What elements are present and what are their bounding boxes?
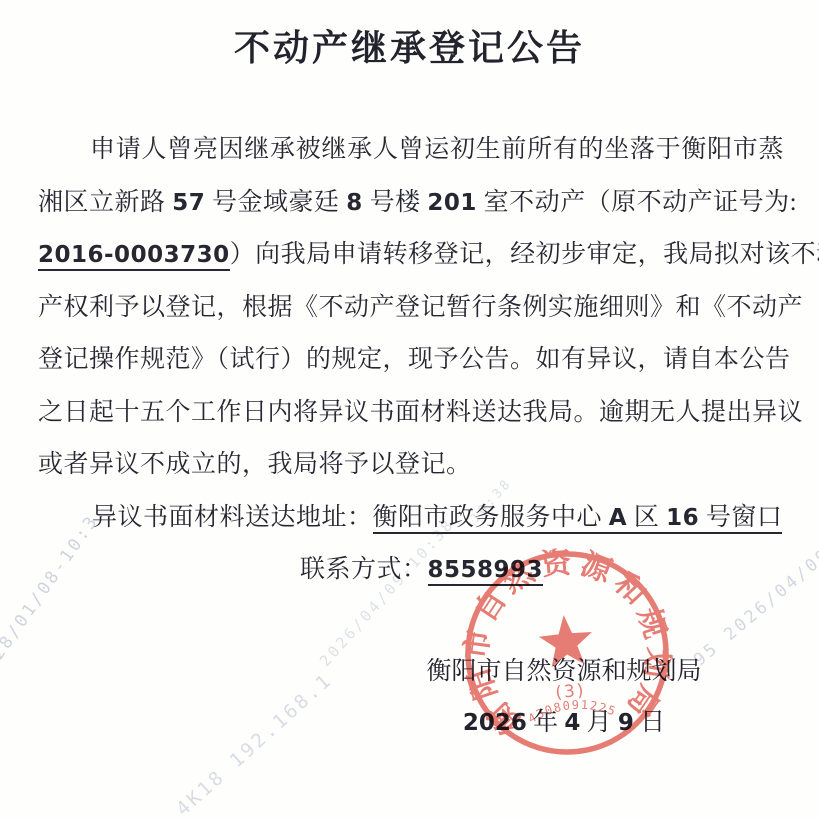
date-year: 2026 — [463, 710, 527, 736]
body-line: 2016-0003730）向我局申请转移登记，经初步审定，我局拟对该不动 — [38, 229, 784, 282]
date-month: 4 — [564, 710, 580, 736]
certificate-number: 2016-0003730 — [38, 242, 230, 271]
signature-block: 衡阳市自然资源和规划局 2026 年 4 月 9 日 — [426, 646, 701, 749]
date-day: 9 — [618, 710, 634, 736]
body-run: ）向我局申请转移登记，经初步审定，我局拟对该不动 — [230, 241, 819, 268]
contact-phone: 8558993 — [428, 557, 544, 586]
issue-date: 2026 年 4 月 9 日 — [426, 697, 701, 749]
room-number: 201 — [427, 190, 477, 216]
body-run: 湘区立新路 — [38, 189, 172, 216]
objection-address-line: 异议书面材料送达地址：衡阳市政务服务中心 A 区 16 号窗口 — [38, 492, 784, 545]
body-run: 号楼 — [363, 189, 428, 216]
zone-letter: A — [609, 505, 627, 531]
body-line: 申请人曾亮因继承被继承人曾运初生前所有的坐落于衡阳市蒸 — [38, 124, 784, 177]
body-line: 产权利予以登记，根据《不动产登记暂行条例实施细则》和《不动产 — [38, 282, 784, 335]
address-run: 号窗口 — [699, 504, 782, 531]
body-line: 湘区立新路 57 号金域豪廷 8 号楼 201 室不动产（原不动产证号为: — [38, 177, 784, 230]
date-sep: 年 — [527, 709, 565, 736]
issuing-agency: 衡阳市自然资源和规划局 — [426, 646, 701, 697]
document-title: 不动产继承登记公告 — [0, 20, 819, 71]
contact-line: 联系方式：8558993 — [38, 544, 784, 597]
address-value: 衡阳市政务服务中心 A 区 16 号窗口 — [373, 504, 783, 534]
scanned-notice-page: 28/01/08-10:3 4K18 192.168.1 95 2026/04/… — [0, 0, 819, 819]
date-sep: 月 — [580, 709, 618, 736]
address-label: 异议书面材料送达地址： — [92, 504, 373, 531]
body-run: 号金域豪廷 — [205, 189, 346, 216]
contact-label: 联系方式： — [300, 556, 428, 583]
address-run: 区 — [627, 504, 666, 531]
body-line: 之日起十五个工作日内将异议书面材料送达我局。逾期无人提出异议 — [38, 387, 784, 440]
address-run: 衡阳市政务服务中心 — [373, 504, 609, 531]
notice-body: 申请人曾亮因继承被继承人曾运初生前所有的坐落于衡阳市蒸 湘区立新路 57 号金域… — [38, 124, 784, 597]
window-number: 16 — [666, 505, 699, 531]
street-number: 57 — [172, 190, 205, 216]
date-sep: 日 — [634, 709, 665, 736]
body-line: 登记操作规范》（试行）的规定，现予公告。如有异议，请自本公告 — [38, 334, 784, 387]
body-run: 室不动产（原不动产证号为: — [477, 189, 797, 216]
body-line: 或者异议不成立的，我局将予以登记。 — [38, 439, 784, 492]
watermark-text: 4K18 192.168.1 — [172, 669, 337, 819]
building-number: 8 — [346, 190, 363, 216]
